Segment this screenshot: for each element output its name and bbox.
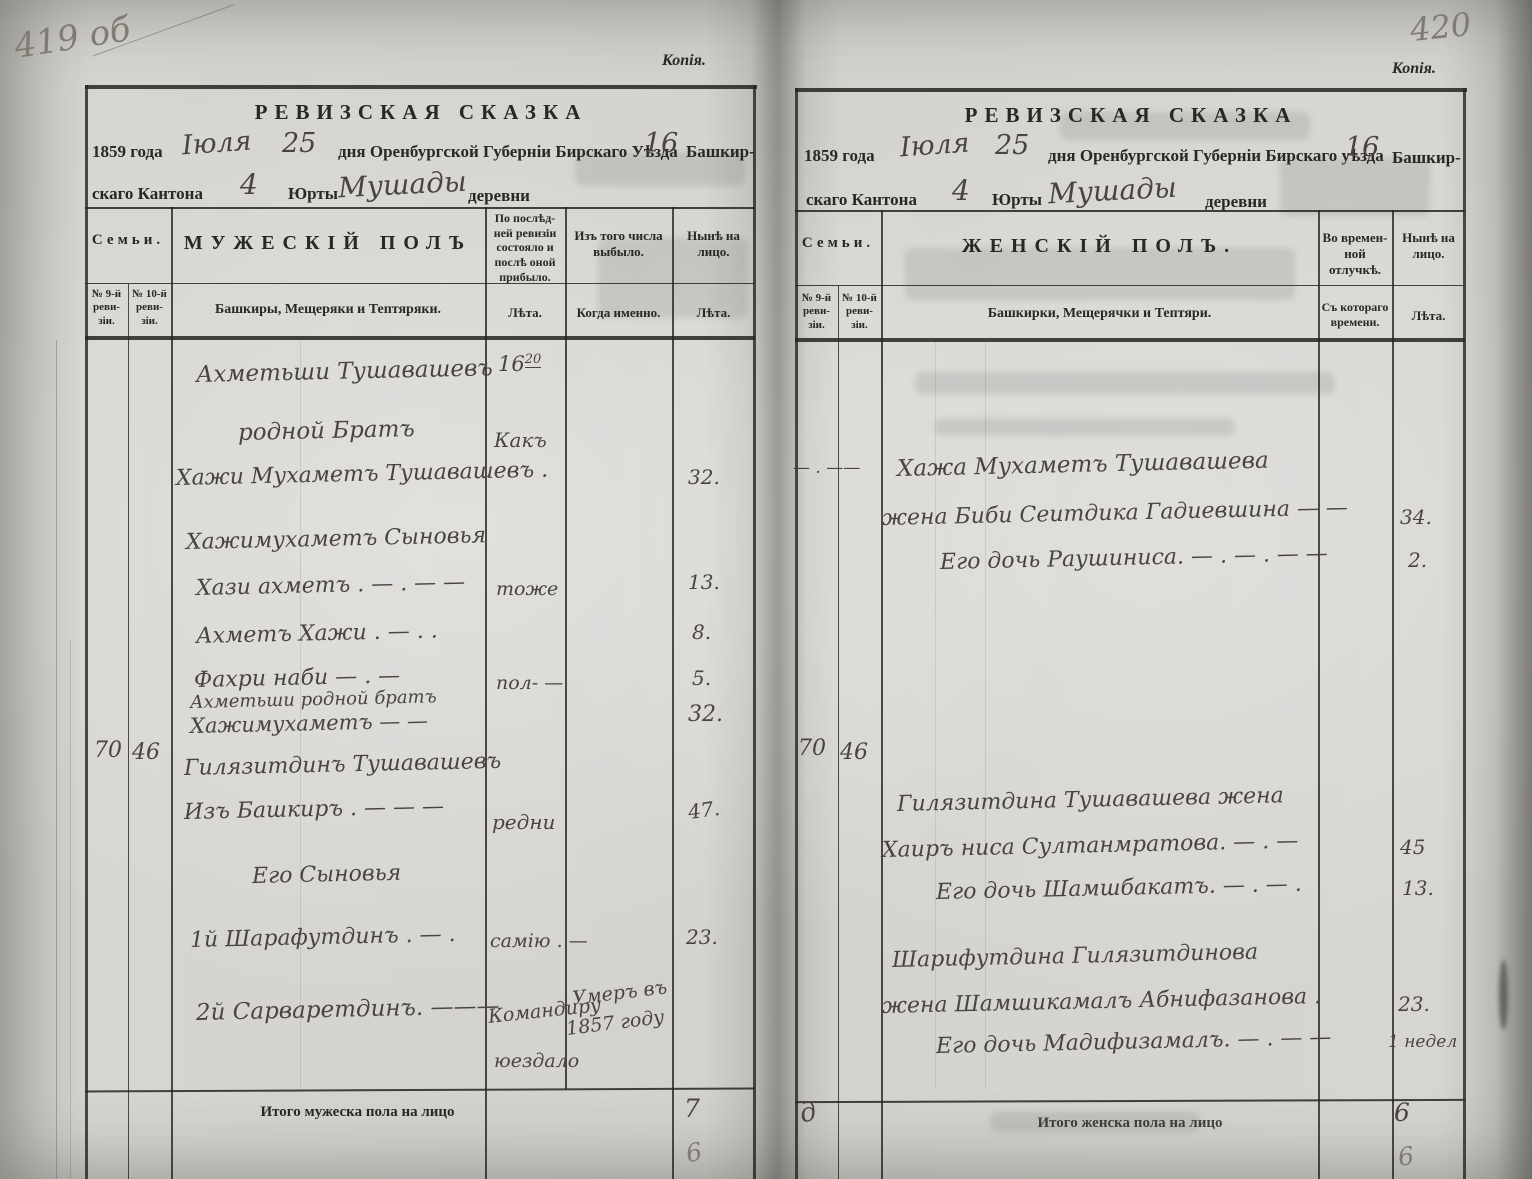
column-line: [881, 210, 883, 1179]
column-header-gender: ЖЕНСКІЙ ПОЛЪ.: [881, 235, 1318, 258]
entry-name: Хаиръ ниса Султанмратова. — . —: [882, 829, 1299, 863]
guide-line: [935, 342, 936, 1089]
entry-note: пол- —: [496, 672, 563, 694]
column-header-now-present: Нынѣ на лицо.: [1394, 230, 1463, 262]
column-header-absence: Во времен- ной отлучкѣ.: [1320, 230, 1390, 278]
column-subheader-leta: Лѣта.: [1394, 308, 1463, 324]
family-number-rev10: 46: [840, 740, 868, 765]
column-line: [565, 207, 567, 1089]
column-subheader-rev9: № 9-й реви- зіи.: [86, 288, 127, 328]
entry-age-now: 2.: [1408, 548, 1427, 572]
entry-age-now: 23.: [1398, 992, 1430, 1016]
header-line2-end: деревни: [468, 186, 530, 206]
header-yurt-no-handwritten: 4: [952, 174, 970, 207]
folio-number-right: 420: [1408, 5, 1473, 49]
header-canton-no-handwritten: 16: [1345, 132, 1379, 163]
margin-dashes: — . ——: [793, 458, 860, 478]
entry-name: Ахметьши Тушавашевъ: [196, 355, 493, 388]
entry-age-now: 1 недел: [1388, 1032, 1457, 1052]
column-header-family: Семьи.: [85, 232, 171, 249]
table-rule: [795, 285, 1465, 286]
column-header-prev-revision: По послѣд- ней ревизіи состояло и послѣ …: [487, 211, 563, 284]
entry-name: Его дочь Раушиниса. — . — . — —: [940, 541, 1328, 575]
column-header-now-present: Нынѣ на лицо.: [674, 228, 753, 260]
column-subheader-rev10: № 10-й реви- зіи.: [129, 288, 170, 328]
entry-age-now: 23.: [686, 925, 718, 949]
column-line: [128, 284, 129, 1179]
column-subheader-since-when: Съ котораго времени.: [1320, 300, 1390, 329]
entry-name: Ахметъ Хажи . — . .: [196, 619, 438, 649]
table-border: [795, 88, 1467, 92]
header-line1-end: Башкир-: [1392, 148, 1461, 168]
header-village-handwritten: Мушады: [337, 165, 467, 205]
header-line1-end: Башкир-: [686, 142, 755, 162]
entry-age-now: 45: [1400, 835, 1425, 859]
header-month-handwritten: Іюля: [899, 128, 971, 164]
header-year: 1859 года: [92, 142, 163, 162]
ink-blot: [1499, 960, 1508, 1030]
total-value-pencil: 6: [1396, 1141, 1416, 1172]
header-line2-start: скаго Кантона: [806, 190, 917, 210]
table-border: [753, 85, 756, 1179]
header-village-handwritten: Мушады: [1047, 171, 1177, 211]
folio-number-left: 419 об: [12, 9, 134, 67]
total-value-ink: 7: [684, 1094, 700, 1123]
total-value-ink: 6: [1394, 1098, 1410, 1127]
entry-name: Гилязитдинъ Тушавашевъ: [184, 749, 502, 781]
column-line: [171, 207, 173, 1179]
column-header-departed: Изъ того числа выбыло.: [567, 228, 670, 260]
total-label: Итого женска пола на лицо: [1000, 1115, 1260, 1132]
entry-note: самію . —: [490, 930, 588, 952]
column-header-family: Семьи.: [795, 235, 881, 252]
total-value-pencil: 6: [684, 1137, 705, 1168]
header-year: 1859 года: [804, 146, 875, 166]
header-yurt-label: Юрты: [288, 184, 338, 204]
table-rule: [85, 207, 755, 209]
entry-name: Его дочь Шамшбакатъ. — . — .: [936, 872, 1302, 905]
entry-name: Хажи Мухаметъ Тушавашевъ .: [176, 458, 549, 491]
totals-rule: [795, 1099, 1465, 1103]
entry-name: родной Братъ: [238, 416, 415, 446]
column-subheader-names: Башкиры, Мещеряки и Тептяряки.: [171, 302, 485, 318]
header-yurt-label: Юрты: [992, 190, 1042, 210]
entry-name: Его Сыновья: [252, 861, 402, 889]
entry-name: 2й Сарваретдинъ. ———: [196, 993, 500, 1026]
entry-name: Изъ Башкиръ . — — —: [184, 794, 444, 825]
entry-note: Какъ: [494, 428, 547, 452]
family-number-rev10: 46: [132, 740, 160, 765]
column-subheader-rev9: № 9-й реви- зіи.: [796, 292, 837, 332]
family-number-rev9: 70: [94, 738, 122, 763]
page-title: РЕВИЗСКАЯ СКАЗКА: [881, 103, 1381, 128]
page-edge-line: [70, 640, 71, 1179]
entry-age-now: 13.: [1402, 876, 1434, 900]
header-line1: дня Оренбургской Губерніи Бирскаго уѣзда: [1048, 146, 1384, 166]
entry-age-now: 32.: [688, 702, 723, 727]
header-line2-end: деревни: [1205, 192, 1267, 212]
table-rule: [795, 210, 1465, 212]
table-rule: [85, 336, 755, 340]
header-yurt-no-handwritten: 4: [240, 168, 258, 201]
table-border: [1463, 88, 1466, 1179]
entry-departed-when: Умеръ въ: [571, 976, 668, 1009]
table-border: [85, 85, 88, 1179]
entry-name: жена Биби Сеитдика Гадиевшина — —: [882, 495, 1348, 531]
entry-name: Хажимухаметъ — —: [190, 709, 428, 738]
column-subheader-when: Когда именно.: [567, 305, 670, 321]
entry-note: редни: [492, 810, 555, 834]
bleedthrough-smudge: [915, 372, 1335, 394]
column-subheader-rev10: № 10-й реви- зіи.: [839, 292, 880, 332]
page-edge-line: [56, 340, 57, 1179]
bleedthrough-smudge: [935, 418, 1235, 436]
entry-age-now: 34.: [1400, 505, 1432, 529]
entry-note: тоже: [496, 578, 558, 600]
entry-name: Хажа Мухаметъ Тушавашева: [897, 448, 1269, 482]
entry-name: Шарифутдина Гилязитдинова: [892, 940, 1259, 973]
header-day-handwritten: 25: [282, 128, 316, 159]
scanned-document: 419 об 420 Копія. РЕВИЗСКАЯ СКАЗКА 1859 …: [0, 0, 1532, 1179]
entry-age-now: 13.: [688, 570, 720, 594]
column-subheader-leta2: Лѣта.: [674, 305, 753, 321]
totals-rule: [85, 1088, 755, 1093]
column-line: [485, 207, 487, 1179]
entry-name: 1й Шарафутдинъ . — .: [190, 922, 456, 953]
entry-name: Гилязитдина Тушавашева жена: [897, 783, 1284, 817]
header-line2-start: скаго Кантона: [92, 184, 203, 204]
total-label: Итого мужеска пола на лицо: [230, 1104, 485, 1121]
entry-name: Хажимухаметъ Сыновья: [186, 523, 487, 555]
table-border: [85, 85, 757, 89]
header-canton-no-handwritten: 16: [644, 128, 678, 159]
header-day-handwritten: 25: [995, 130, 1029, 161]
header-line1: дня Оренбургской Губерніи Бирскаго Уѣзда: [338, 142, 678, 162]
entry-name: жена Шамшикамалъ Абнифазанова .: [882, 984, 1322, 1019]
column-header-gender: МУЖЕСКІЙ ПОЛЪ: [171, 232, 485, 255]
entry-name: Его дочь Мадифизамалъ. — . — —: [936, 1025, 1332, 1059]
entry-note: юездало: [494, 1050, 579, 1072]
entry-age-now: 5.: [692, 666, 711, 690]
copy-label-right: Копія.: [1392, 60, 1436, 78]
column-line: [838, 286, 839, 1179]
table-rule: [85, 283, 755, 284]
entry-age-now: 47.: [686, 796, 721, 824]
page-title: РЕВИЗСКАЯ СКАЗКА: [171, 100, 671, 125]
entry-name: Хази ахметъ . — . — —: [196, 570, 466, 601]
entry-age-now: 8.: [692, 620, 711, 644]
entry-age-now: 32.: [688, 465, 720, 489]
entry-age-prev: 1620: [498, 352, 541, 376]
copy-label-left: Копія.: [662, 52, 706, 70]
column-subheader-names: Башкирки, Мещерячки и Тептяри.: [881, 306, 1318, 322]
header-month-handwritten: Іюля: [181, 126, 253, 162]
column-subheader-leta: Лѣта.: [487, 305, 563, 321]
column-line: [672, 207, 674, 1179]
family-number-rev9: 70: [798, 736, 826, 761]
table-rule: [795, 338, 1465, 342]
